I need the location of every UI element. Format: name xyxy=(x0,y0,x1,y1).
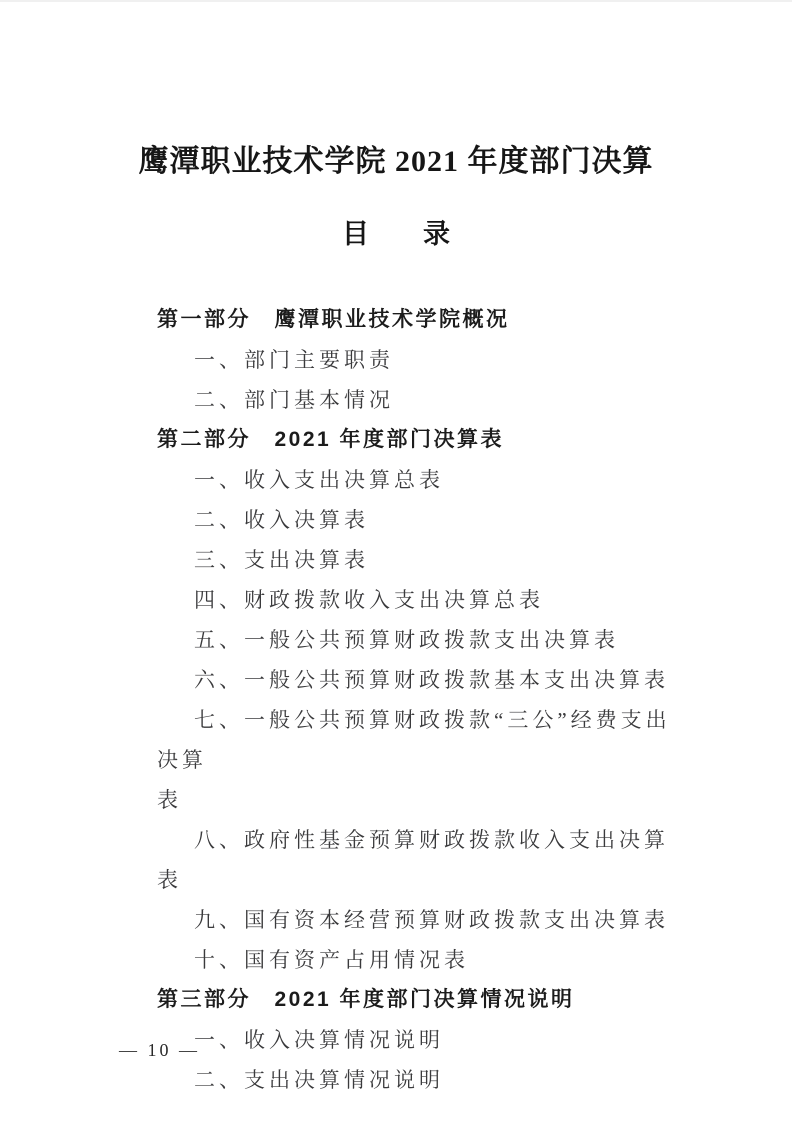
toc-item: 三、支出决算表 xyxy=(157,540,677,580)
toc-item: 二、部门基本情况 xyxy=(157,380,677,420)
toc-item: 一、收入决算情况说明 xyxy=(157,1020,677,1060)
page-number: — 10 — xyxy=(119,1036,200,1064)
toc-item: 八、政府性基金预算财政拨款收入支出决算表 xyxy=(157,820,677,900)
toc-item: 六、一般公共预算财政拨款基本支出决算表 xyxy=(157,660,677,700)
toc-item: 一、部门主要职责 xyxy=(157,340,677,380)
toc-item: 二、收入决算表 xyxy=(157,500,677,540)
toc-heading: 目 录 xyxy=(0,212,792,251)
toc-section-heading-1: 第一部分 鹰潭职业技术学院概况 xyxy=(157,300,677,340)
document-title: 鹰潭职业技术学院 2021 年度部门决算 xyxy=(0,136,792,180)
toc-item: 九、国有资本经营预算财政拨款支出决算表 xyxy=(157,900,677,940)
toc-item: 七、一般公共预算财政拨款“三公”经费支出决算 表 xyxy=(157,700,677,820)
toc-item: 五、一般公共预算财政拨款支出决算表 xyxy=(157,620,677,660)
toc-item: 一、收入支出决算总表 xyxy=(157,460,677,500)
toc-item: 十、国有资产占用情况表 xyxy=(157,940,677,980)
toc-item: 二、支出决算情况说明 xyxy=(157,1060,677,1100)
toc-item: 四、财政拨款收入支出决算总表 xyxy=(157,580,677,620)
toc-section-heading-2: 第二部分 2021 年度部门决算表 xyxy=(157,420,677,460)
toc: 第一部分 鹰潭职业技术学院概况一、部门主要职责二、部门基本情况第二部分 2021… xyxy=(157,300,677,1100)
page-top-edge xyxy=(0,0,792,2)
toc-section-heading-3: 第三部分 2021 年度部门决算情况说明 xyxy=(157,980,677,1020)
document-page: 鹰潭职业技术学院 2021 年度部门决算 目 录 第一部分 鹰潭职业技术学院概况… xyxy=(0,0,792,1122)
